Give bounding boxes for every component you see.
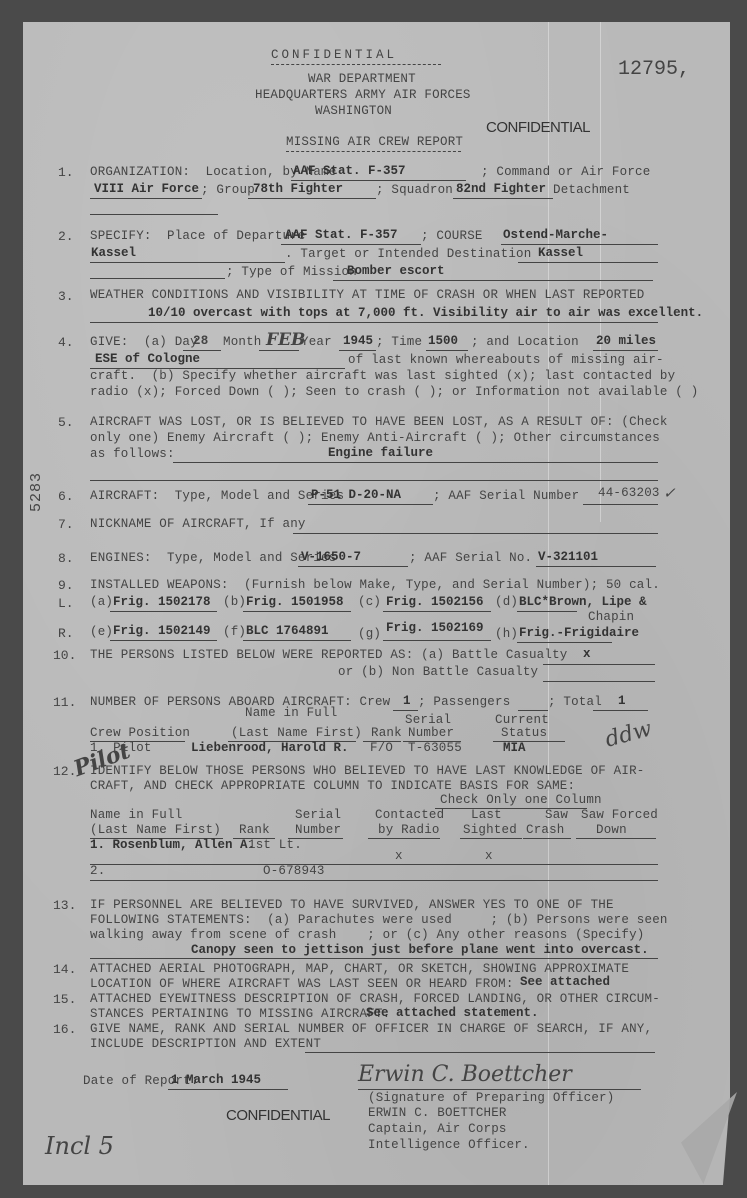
- underline: [293, 533, 658, 534]
- label: THE PERSONS LISTED BELOW WERE REPORTED A…: [90, 648, 567, 662]
- field-course-cont: Kassel: [91, 246, 136, 260]
- label: (f): [223, 625, 246, 639]
- confidential-stamp-bottom: CONFIDENTIAL: [226, 1107, 330, 1124]
- underline: [501, 244, 658, 245]
- handwritten-initials: ddw: [603, 716, 655, 752]
- underline: [291, 180, 466, 181]
- underline: [305, 1052, 655, 1053]
- cell-sighted: x: [485, 849, 493, 863]
- field-time: 1500: [428, 334, 458, 348]
- cell-serial: O-678943: [263, 864, 325, 878]
- underline: [593, 710, 648, 711]
- hq: HEADQUARTERS ARMY AIR FORCES: [255, 88, 471, 102]
- label: ; Group: [201, 183, 255, 197]
- label: NICKNAME OF AIRCRAFT, If any: [90, 517, 306, 531]
- label: FOLLOWING STATEMENTS: (a) Parachutes wer…: [90, 913, 668, 927]
- row-right: R.: [58, 626, 74, 641]
- underline: [518, 262, 658, 263]
- field-group: 78th Fighter: [253, 182, 343, 196]
- label: ; Total: [548, 695, 602, 709]
- check-mark-icon: ✓: [663, 484, 676, 502]
- underline: [173, 462, 658, 463]
- weapon-h: Frig.-Frigidaire: [519, 626, 639, 640]
- label: ; COURSE: [421, 229, 483, 243]
- label: GIVE NAME, RANK AND SERIAL NUMBER OF OFF…: [90, 1022, 652, 1036]
- cell-rank: 1st Lt.: [248, 838, 302, 852]
- underline: [90, 958, 658, 959]
- underline: [183, 350, 221, 351]
- column-header: Saw: [545, 808, 568, 822]
- label: STANCES PERTAINING TO MISSING AIRCRAFT.: [90, 1007, 390, 1021]
- underline: [281, 244, 421, 245]
- column-header: Status: [501, 726, 547, 740]
- label: NUMBER OF PERSONS ABOARD AIRCRAFT: Crew: [90, 695, 390, 709]
- underline: [543, 664, 655, 665]
- underline: [333, 280, 653, 281]
- field-squadron: 82nd Fighter: [456, 182, 546, 196]
- underline: [259, 350, 299, 351]
- field-command: VIII Air Force: [94, 182, 199, 196]
- signature: Erwin C. Boettcher: [358, 1062, 572, 1087]
- field-report-date: 1 March 1945: [171, 1073, 261, 1087]
- column-header: by Radio: [378, 823, 440, 837]
- field-crew: 1: [403, 694, 411, 708]
- label: as follows:: [90, 447, 175, 461]
- weapon-c: Frig. 1502156: [386, 595, 484, 609]
- label: Detachment: [553, 183, 630, 197]
- column-header: Number: [408, 726, 454, 740]
- label: ; Squadron: [376, 183, 453, 197]
- label: ; Command or Air Force: [481, 165, 650, 179]
- underline: [517, 642, 612, 643]
- weapon-g: Frig. 1502169: [386, 621, 484, 635]
- column-header: Sighted: [463, 823, 517, 837]
- field-location: AAF Stat. F-357: [293, 164, 406, 178]
- underline: [523, 838, 571, 839]
- classification-top: CONFIDENTIAL: [271, 48, 397, 62]
- underline: [243, 611, 351, 612]
- item-number: 1.: [58, 165, 74, 180]
- label: craft. (b) Specify whether aircraft was …: [90, 369, 675, 383]
- underline: [110, 611, 217, 612]
- label: ATTACHED EYEWITNESS DESCRIPTION OF CRASH…: [90, 992, 660, 1006]
- field-aircraft-serial: 44-63203: [598, 486, 660, 500]
- column-header: Contacted: [375, 808, 444, 822]
- field-day: 28: [193, 334, 208, 348]
- label: (h): [495, 627, 518, 641]
- label: AIRCRAFT WAS LOST, OR IS BELIEVED TO HAV…: [90, 415, 668, 429]
- label: . Target or Intended Destination: [285, 247, 531, 261]
- cell-name: 1. Rosenblum, Allen A.: [90, 838, 255, 852]
- label: walking away from scene of crash ; or (c…: [90, 928, 645, 942]
- underline: [593, 350, 658, 351]
- weapon-d-cont: Chapin: [588, 610, 634, 624]
- field-departure: AAF Stat. F-357: [285, 228, 398, 242]
- column-header: Name in Full: [245, 706, 337, 720]
- column-header: Crash: [526, 823, 565, 837]
- column-header: Saw Forced: [581, 808, 658, 822]
- weapon-f: BLC 1764891: [246, 624, 329, 638]
- field-month: FEB: [266, 330, 305, 350]
- field-location: 20 miles: [596, 334, 656, 348]
- underline: [583, 504, 658, 505]
- column-header: Number: [295, 823, 341, 837]
- label: of last known whereabouts of missing air…: [348, 353, 664, 367]
- underline: [453, 198, 553, 199]
- paper-crease: [600, 22, 601, 522]
- underline: [358, 1089, 641, 1090]
- underline: [393, 710, 418, 711]
- item-number: 10.: [53, 648, 76, 663]
- label: (e): [90, 625, 113, 639]
- column-header: Serial: [405, 713, 451, 727]
- label: Month: [223, 335, 262, 349]
- label: ATTACHED AERIAL PHOTOGRAPH, MAP, CHART, …: [90, 962, 629, 976]
- underline: [576, 838, 656, 839]
- underline: [383, 611, 491, 612]
- confidential-stamp: CONFIDENTIAL: [486, 119, 590, 136]
- divider: [286, 151, 461, 152]
- item-number: 16.: [53, 1022, 76, 1037]
- field-survival-answer: Canopy seen to jettison just before plan…: [191, 943, 649, 957]
- underline: [90, 198, 202, 199]
- underline: [518, 710, 548, 711]
- underline: [339, 350, 376, 351]
- item-number: 11.: [53, 695, 76, 710]
- row-left: L.: [58, 596, 74, 611]
- field-sketch-answer: See attached: [520, 975, 610, 989]
- underline: [90, 278, 225, 279]
- field-battle-casualty: x: [583, 647, 591, 661]
- divider: [271, 64, 441, 65]
- label: AIRCRAFT: Type, Model and Series: [90, 489, 344, 503]
- item-number: 6.: [58, 489, 74, 504]
- field-weather: 10/10 overcast with tops at 7,000 ft. Vi…: [148, 306, 703, 320]
- item-number: 7.: [58, 517, 74, 532]
- field-mission: Bomber escort: [347, 264, 445, 278]
- underline: [90, 880, 658, 881]
- underline: [90, 864, 658, 865]
- underline: [543, 681, 655, 682]
- field-target: Kassel: [538, 246, 583, 260]
- handwritten-note: Incl 5: [45, 1132, 114, 1160]
- column-header: Check Only one Column: [440, 793, 602, 807]
- column-header: Crew Position: [90, 726, 190, 740]
- underline: [110, 640, 217, 641]
- label: Year: [301, 335, 332, 349]
- label: (b): [223, 595, 246, 609]
- city: WASHINGTON: [315, 104, 392, 118]
- label: IF PERSONNEL ARE BELIEVED TO HAVE SURVIV…: [90, 898, 614, 912]
- column-header: Name in Full: [90, 808, 182, 822]
- column-header: Down: [596, 823, 627, 837]
- label: WEATHER CONDITIONS AND VISIBILITY AT TIM…: [90, 288, 645, 302]
- underline: [90, 480, 658, 481]
- item-number: 5.: [58, 415, 74, 430]
- field-course: Ostend-Marche-: [503, 228, 608, 242]
- label: CRAFT, AND CHECK APPROPRIATE COLUMN TO I…: [90, 779, 575, 793]
- label: ; AAF Serial Number: [433, 489, 579, 503]
- label: INSTALLED WEAPONS: (Furnish below Make, …: [90, 578, 660, 592]
- column-header: Current: [495, 713, 549, 727]
- label: ; Time: [376, 335, 422, 349]
- cell-status: MIA: [503, 741, 526, 755]
- signature-label: (Signature of Preparing Officer): [368, 1091, 614, 1105]
- department: WAR DEPARTMENT: [308, 72, 416, 86]
- underline: [298, 566, 408, 567]
- label: ; and Location: [471, 335, 579, 349]
- item-number: 9.: [58, 578, 74, 593]
- underline: [517, 611, 577, 612]
- item-number: 15.: [53, 992, 76, 1007]
- officer-name: ERWIN C. BOETTCHER: [368, 1106, 507, 1120]
- file-number: 12795,: [618, 58, 690, 81]
- column-header: (Last Name First): [90, 823, 221, 837]
- weapon-b: Frig. 1501958: [246, 595, 344, 609]
- item-number: 2.: [58, 229, 74, 244]
- label: only one) Enemy Aircraft ( ); Enemy Anti…: [90, 431, 660, 445]
- weapon-d: BLC*Brown, Lipe &: [519, 595, 647, 609]
- column-header: (Last Name First): [231, 726, 362, 740]
- underline: [368, 838, 440, 839]
- label: ENGINES: Type, Model and Series: [90, 551, 336, 565]
- report-title: MISSING AIR CREW REPORT: [286, 135, 463, 149]
- column-header: Rank: [239, 823, 270, 837]
- cell-radio: x: [395, 849, 403, 863]
- item-number: 4.: [58, 335, 74, 350]
- field-eyewitness-answer: See attached statement.: [366, 1006, 539, 1020]
- margin-number: 5283: [28, 472, 45, 512]
- label: IDENTIFY BELOW THOSE PERSONS WHO BELIEVE…: [90, 764, 645, 778]
- underline: [426, 350, 468, 351]
- field-engine-serial: V-321101: [538, 550, 598, 564]
- weapon-e: Frig. 1502149: [113, 624, 211, 638]
- label: radio (x); Forced Down ( ); Seen to cras…: [90, 385, 698, 399]
- underline: [248, 198, 376, 199]
- item-number: 14.: [53, 962, 76, 977]
- label: INCLUDE DESCRIPTION AND EXTENT: [90, 1037, 321, 1051]
- underline: [90, 262, 285, 263]
- label: GIVE: (a) Day: [90, 335, 198, 349]
- cell-serial: T-63055: [408, 741, 462, 755]
- field-year: 1945: [343, 334, 373, 348]
- label: SPECIFY: Place of Departure: [90, 229, 306, 243]
- field-cause: Engine failure: [328, 446, 433, 460]
- item-number: 8.: [58, 551, 74, 566]
- item-number: 12.: [53, 764, 76, 779]
- item-number: 3.: [58, 289, 74, 304]
- column-header: Serial: [295, 808, 341, 822]
- document-page: CONFIDENTIAL 12795, WAR DEPARTMENT HEADQ…: [23, 22, 730, 1185]
- field-aircraft-model: P-51 D-20-NA: [311, 488, 401, 502]
- officer-title: Intelligence Officer.: [368, 1138, 530, 1152]
- item-number: 13.: [53, 898, 76, 913]
- underline: [243, 640, 351, 641]
- underline: [168, 1089, 288, 1090]
- underline: [383, 640, 491, 641]
- label: (a): [90, 595, 113, 609]
- label: ; Type of Mission: [226, 265, 357, 279]
- underline: [460, 838, 522, 839]
- label: (g): [358, 627, 381, 641]
- label: (c): [358, 595, 381, 609]
- underline: [90, 322, 658, 323]
- label: LOCATION OF WHERE AIRCRAFT WAS LAST SEEN…: [90, 977, 514, 991]
- cell-name: Liebenrood, Harold R.: [191, 741, 349, 755]
- underline: [536, 566, 656, 567]
- field-engine: V-1650-7: [301, 550, 361, 564]
- underline: [90, 214, 218, 215]
- officer-rank: Captain, Air Corps: [368, 1122, 507, 1136]
- column-header: Last: [471, 808, 502, 822]
- column-header: Rank: [371, 726, 402, 740]
- label: (d): [495, 595, 518, 609]
- weapon-a: Frig. 1502178: [113, 595, 211, 609]
- label: ; AAF Serial No.: [409, 551, 532, 565]
- underline: [308, 504, 433, 505]
- field-total: 1: [618, 694, 626, 708]
- cell-name: 2.: [90, 864, 105, 878]
- field-location-cont: ESE of Cologne: [95, 352, 200, 366]
- cell-rank: F/O: [370, 741, 393, 755]
- label: or (b) Non Battle Casualty: [338, 665, 538, 679]
- label: ; Passengers: [418, 695, 510, 709]
